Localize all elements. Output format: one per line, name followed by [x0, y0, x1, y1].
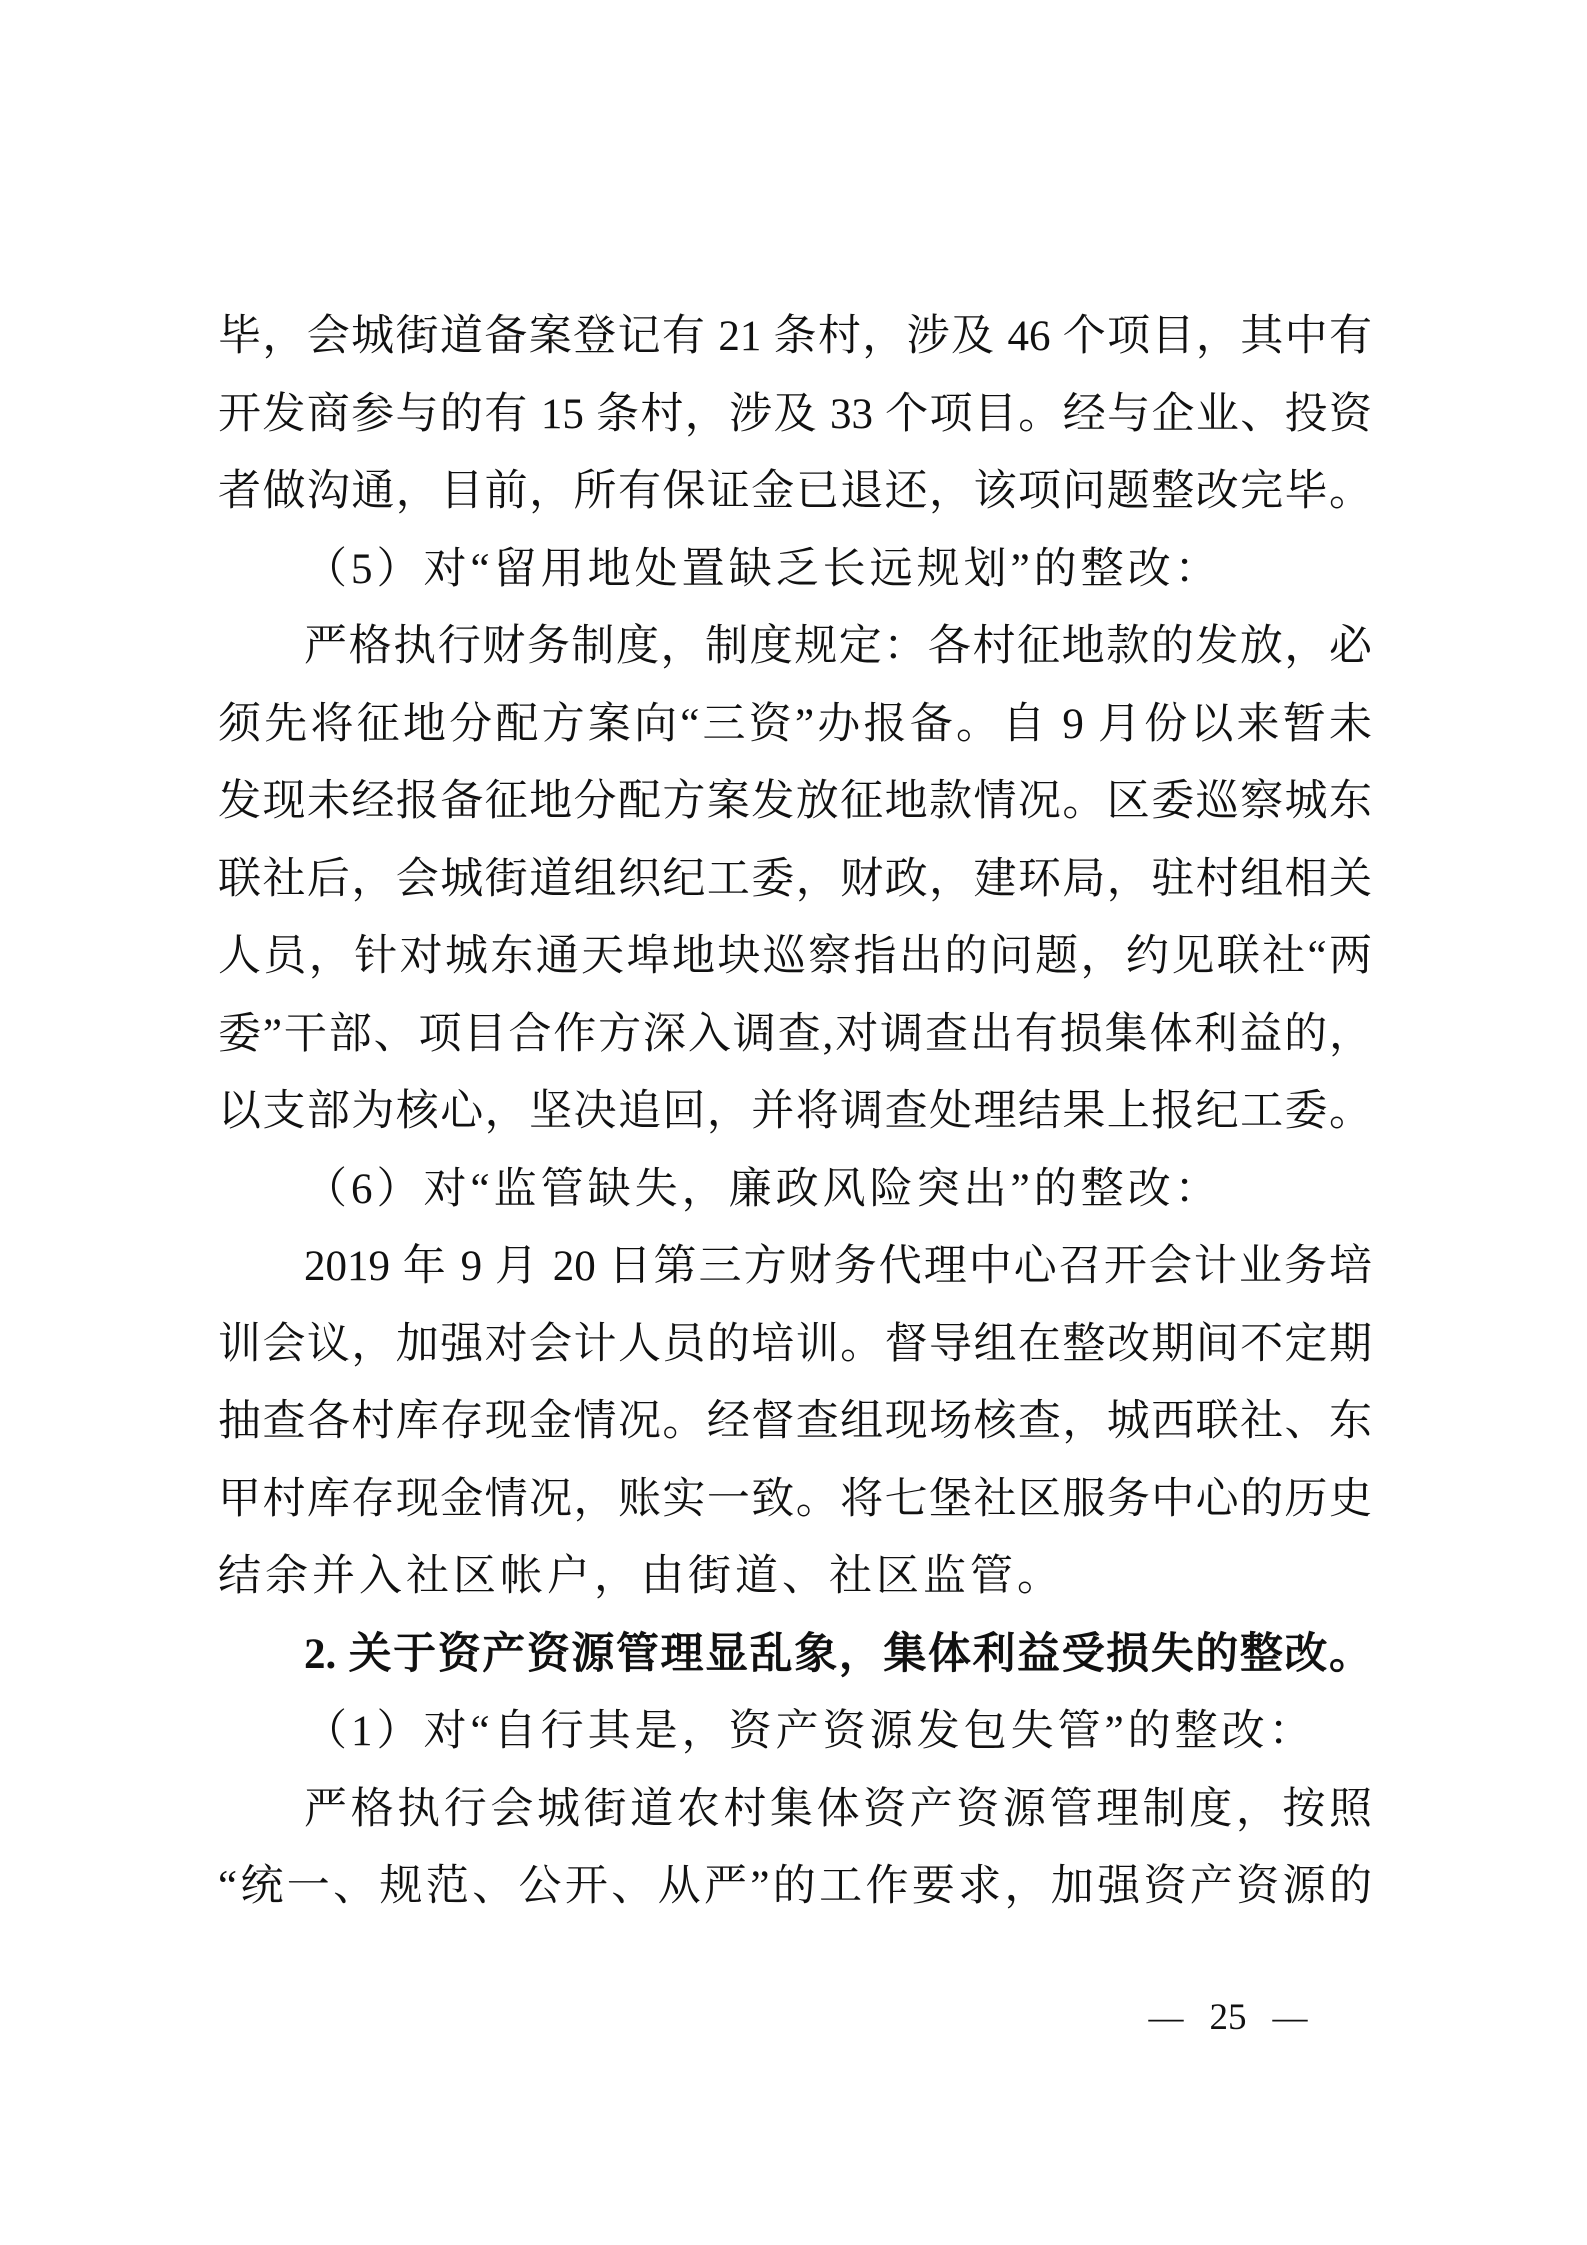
document-body: 毕，会城街道备案登记有 21 条村，涉及 46 个项目，其中有开发商参与的有 1… — [218, 298, 1372, 1926]
text-line: 甲村库存现金情况，账实一致。将七堡社区服务中心的历史 — [218, 1461, 1372, 1539]
text-line: 训会议，加强对会计人员的培训。督导组在整改期间不定期 — [218, 1306, 1372, 1384]
text-line: 者做沟通，目前，所有保证金已退还，该项问题整改完毕。 — [218, 453, 1372, 531]
text-line: （1）对“自行其是，资产资源发包失管”的整改： — [218, 1693, 1372, 1771]
text-line: （6）对“监管缺失，廉政风险突出”的整改： — [218, 1151, 1372, 1229]
document-page: 毕，会城街道备案登记有 21 条村，涉及 46 个项目，其中有开发商参与的有 1… — [0, 0, 1587, 2245]
footer-left-dash: — — [1149, 1988, 1184, 2048]
text-line: 结余并入社区帐户，由街道、社区监管。 — [218, 1538, 1372, 1616]
text-line: 须先将征地分配方案向“三资”办报备。自 9 月份以来暂未 — [218, 686, 1372, 764]
footer-right-dash: — — [1273, 1988, 1308, 2048]
text-line: 发现未经报备征地分配方案发放征地款情况。区委巡察城东 — [218, 763, 1372, 841]
text-line: 委”干部、项目合作方深入调查,对调查出有损集体利益的， — [218, 996, 1372, 1074]
text-line: 抽查各村库存现金情况。经督查组现场核查，城西联社、东 — [218, 1383, 1372, 1461]
text-line: 开发商参与的有 15 条村，涉及 33 个项目。经与企业、投资 — [218, 376, 1372, 454]
text-line: 2019 年 9 月 20 日第三方财务代理中心召开会计业务培 — [218, 1228, 1372, 1306]
text-line: （5）对“留用地处置缺乏长远规划”的整改： — [218, 531, 1372, 609]
text-line: 毕，会城街道备案登记有 21 条村，涉及 46 个项目，其中有 — [218, 298, 1372, 376]
text-line: 严格执行财务制度，制度规定：各村征地款的发放，必 — [218, 608, 1372, 686]
text-line: 以支部为核心，坚决追回，并将调查处理结果上报纪工委。 — [218, 1073, 1372, 1151]
text-line: 联社后，会城街道组织纪工委，财政，建环局，驻村组相关 — [218, 841, 1372, 919]
page-number: 25 — [1210, 1988, 1247, 2048]
text-line: 人员，针对城东通天埠地块巡察指出的问题，约见联社“两 — [218, 918, 1372, 996]
text-line: 严格执行会城街道农村集体资产资源管理制度，按照 — [218, 1771, 1372, 1849]
page-footer: — 25 — — [1118, 1988, 1338, 2048]
text-line: “统一、规范、公开、从严”的工作要求，加强资产资源的 — [218, 1848, 1372, 1926]
text-line: 2. 关于资产资源管理显乱象，集体利益受损失的整改。 — [218, 1616, 1372, 1694]
